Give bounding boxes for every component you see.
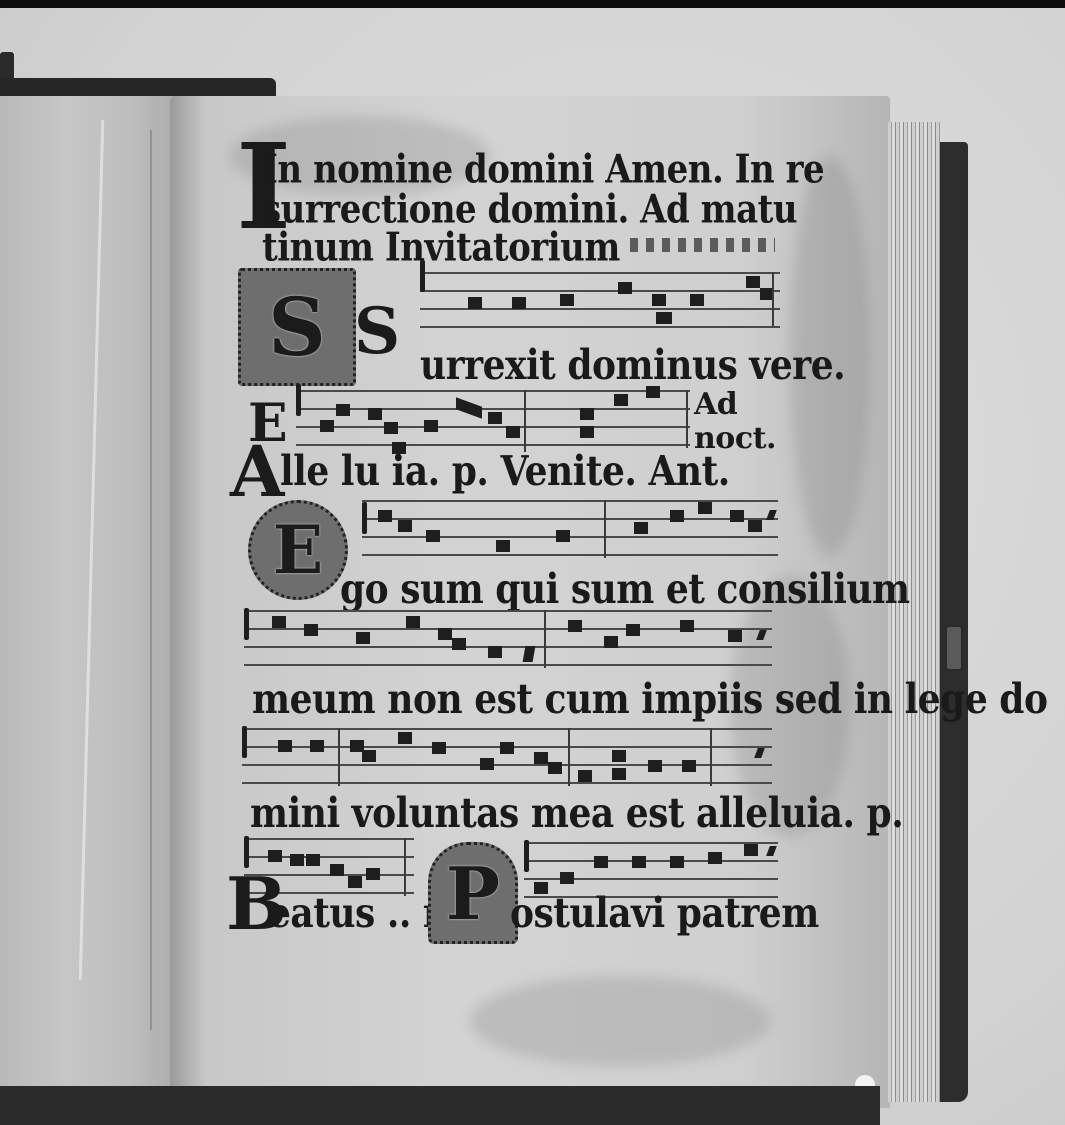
cadel-initial-A: A: [230, 440, 284, 504]
cadel-initial-S: S: [354, 300, 400, 364]
lyric-line-3: go sum qui sum et consilium: [340, 566, 910, 612]
illuminated-initial-S: S: [238, 268, 356, 386]
lyric-line-2: lle lu ia. p. Venite. Ant.: [280, 448, 730, 494]
music-staff: [362, 500, 778, 558]
rubric-line-1: In nomine domini Amen. In re: [262, 148, 824, 192]
water-stain: [470, 976, 770, 1066]
music-staff: [244, 610, 772, 668]
music-staff: [420, 272, 780, 330]
lyric-line-6a: eatus .. r.: [268, 890, 450, 936]
illuminated-initial-P: P: [428, 842, 518, 944]
illuminated-initial-E: E: [248, 500, 348, 600]
lyric-line-4: meum non est cum impiis sed in lege do: [252, 676, 1047, 722]
lyric-line-5: mini voluntas mea est alleluia. p.: [250, 790, 903, 836]
clasp-icon: [945, 625, 963, 671]
left-page-gutter-shadow: [150, 130, 152, 1030]
lyric-line-1: urrexit dominus vere.: [420, 342, 845, 388]
photo-top-border: [0, 0, 1065, 8]
rubric-line-3: tinum Invitatorium: [262, 226, 620, 270]
lyric-line-6b: ostulavi patrem: [510, 890, 819, 936]
margin-cue: Ad noct.: [694, 388, 774, 456]
music-staff: [296, 390, 690, 448]
decorative-line-filler: [630, 238, 775, 252]
music-staff: [242, 728, 772, 786]
binding-bottom-edge: [0, 1086, 880, 1125]
